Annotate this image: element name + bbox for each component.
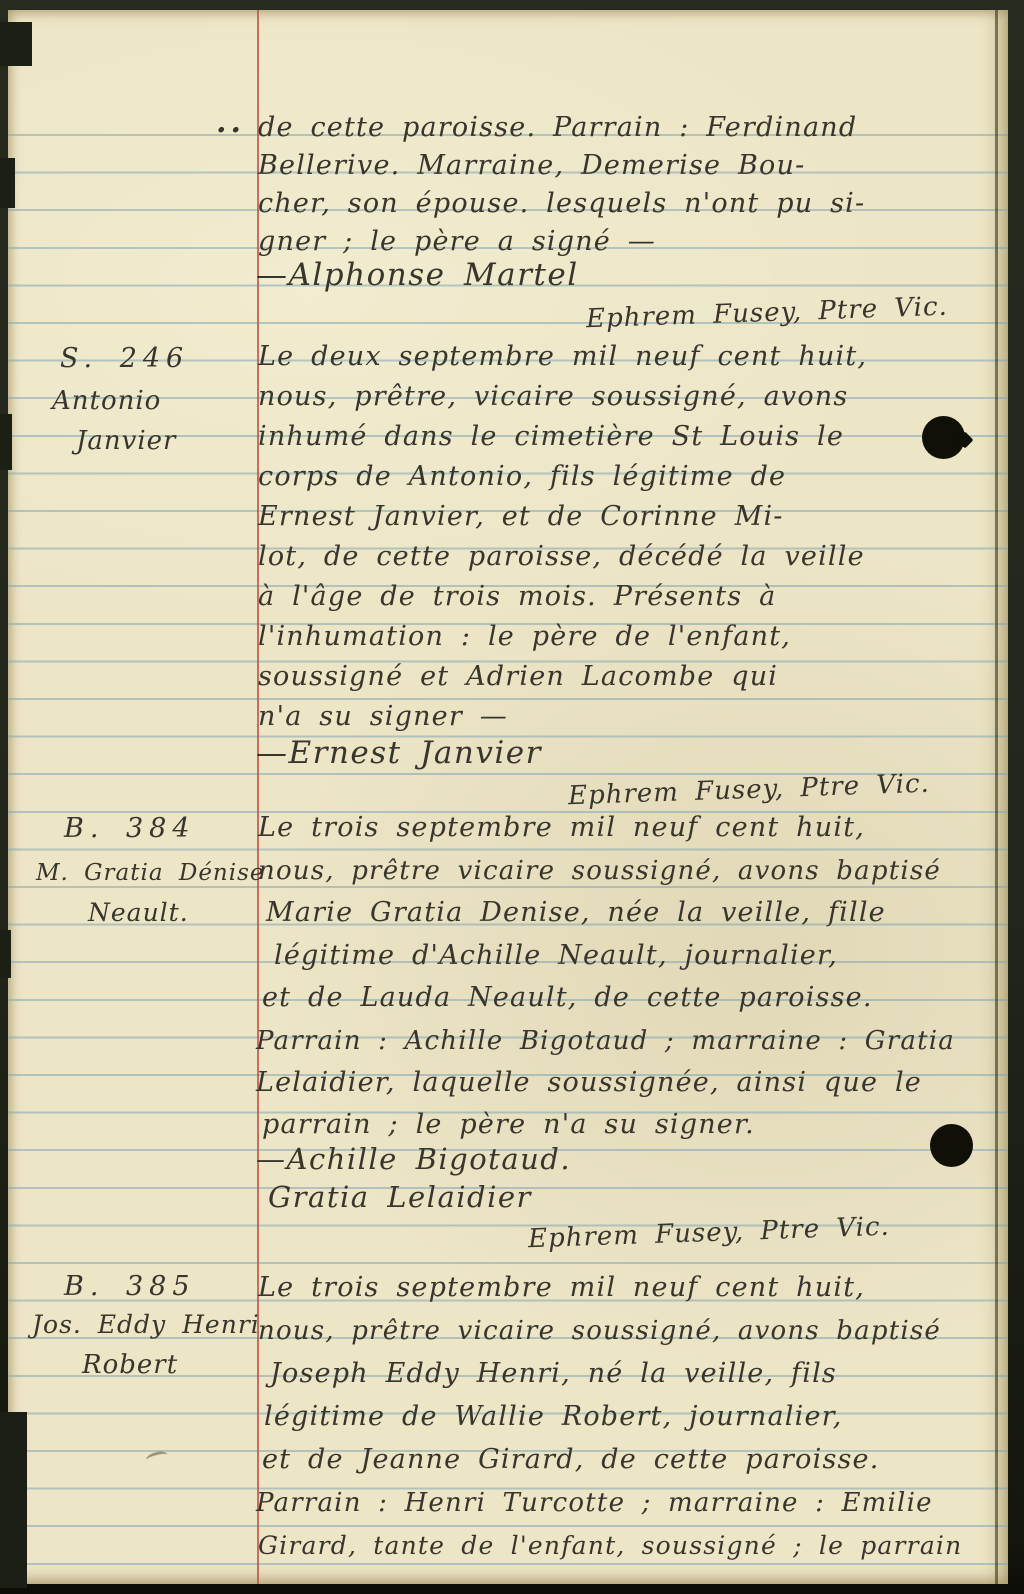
entry2-line: légitime d'Achille Neault, journalier,: [274, 939, 838, 973]
entry1-line: Le deux septembre mil neuf cent huit,: [258, 340, 867, 374]
entry3-line: Parrain : Henri Turcotte ; marraine : Em…: [256, 1486, 933, 1520]
entry1-line: soussigné et Adrien Lacombe qui: [258, 660, 778, 694]
entry1-line: nous, prêtre, vicaire soussigné, avons: [258, 380, 848, 414]
entry1-margin-name: Janvier: [76, 424, 177, 458]
hole-punch-bottom: [930, 1124, 973, 1167]
entry1-line: inhumé dans le cimetière St Louis le: [258, 420, 844, 454]
entry2-line: Le trois septembre mil neuf cent huit,: [258, 811, 865, 845]
entry1-margin-ref: S. 246: [60, 342, 189, 376]
entry0-line: gner ; le père a signé —: [258, 225, 656, 259]
entry0-line: cher, son épouse. lesquels n'ont pu si-: [258, 187, 865, 221]
entry1-line: à l'âge de trois mois. Présents à: [258, 580, 776, 614]
entry0-line: de cette paroisse. Parrain : Ferdinand: [258, 111, 857, 145]
entry2-margin-name: Neault.: [88, 896, 189, 930]
scan-edge-artifact: [0, 930, 11, 978]
entry1-line: corps de Antonio, fils légitime de: [258, 460, 786, 494]
entry1-line: lot, de cette paroisse, décédé la veille: [258, 540, 865, 574]
scan-edge-artifact: [0, 22, 32, 66]
entry3-line: Joseph Eddy Henri, né la veille, fils: [270, 1357, 837, 1391]
scan-edge-artifact: [0, 1412, 27, 1588]
entry3-margin-name: Jos. Eddy Henri: [32, 1308, 260, 1342]
hole-punch-top: [922, 416, 965, 459]
entry3-margin-ref: B. 385: [64, 1270, 196, 1304]
ditto-mark: ..: [216, 106, 245, 140]
entry2-line: Marie Gratia Denise, née la veille, fill…: [266, 896, 886, 930]
entry3-line: et de Jeanne Girard, de cette paroisse.: [262, 1443, 880, 1477]
entry1-line: n'a su signer —: [258, 700, 508, 734]
entry1-line: Ernest Janvier, et de Corinne Mi-: [258, 500, 784, 534]
entry2-margin-name: M. Gratia Dénise: [36, 856, 265, 890]
entry0-line: Bellerive. Marraine, Demerise Bou-: [258, 149, 805, 183]
entry3-line: légitime de Wallie Robert, journalier,: [264, 1400, 843, 1434]
entry2-signatory: —Achille Bigotaud.: [256, 1142, 571, 1176]
entry3-line: Le trois septembre mil neuf cent huit,: [258, 1271, 865, 1305]
entry2-line: parrain ; le père n'a su signer.: [262, 1108, 755, 1142]
entry2-line: et de Lauda Neault, de cette paroisse.: [262, 981, 873, 1015]
entry2-margin-ref: B. 384: [64, 812, 196, 846]
scan-edge-artifact: [0, 414, 12, 470]
scan-edge-artifact: [0, 158, 15, 208]
scanned-register-photo: .. de cette paroisse. Parrain : Ferdinan…: [0, 0, 1024, 1594]
register-page: .. de cette paroisse. Parrain : Ferdinan…: [8, 10, 1008, 1584]
entry2-line: nous, prêtre vicaire soussigné, avons ba…: [258, 854, 941, 888]
entry1-line: l'inhumation : le père de l'enfant,: [258, 620, 791, 654]
entry2-line: Lelaidier, laquelle soussignée, ainsi qu…: [256, 1066, 922, 1100]
entry3-line: nous, prêtre vicaire soussigné, avons ba…: [258, 1314, 941, 1348]
entry1-signatory: —Ernest Janvier: [256, 736, 542, 770]
page-edge-shadow: [995, 10, 998, 1584]
entry3-line: Girard, tante de l'enfant, soussigné ; l…: [258, 1529, 962, 1563]
entry2-line: Parrain : Achille Bigotaud ; marraine : …: [256, 1024, 955, 1058]
entry3-margin-name: Robert: [82, 1348, 178, 1382]
entry1-margin-name: Antonio: [52, 384, 161, 418]
entry0-signatory: —Alphonse Martel: [256, 258, 579, 292]
entry2-signatory: Gratia Lelaidier: [268, 1180, 532, 1214]
